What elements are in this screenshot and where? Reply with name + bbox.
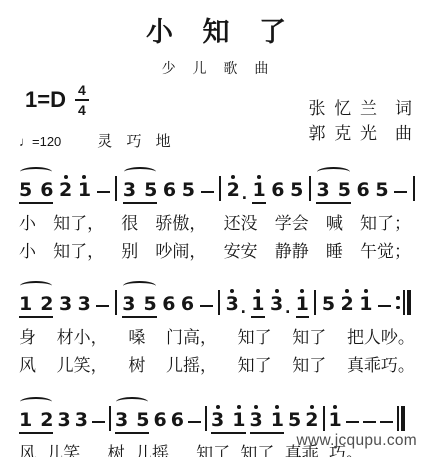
note-digits: 1 [252, 175, 265, 204]
note-group: 5 [322, 280, 335, 318]
note-group: 12 [19, 396, 53, 434]
lyric-segment: 门高， [166, 327, 217, 349]
note-digits: 31 [211, 405, 245, 434]
lyric-segment: 材小， [57, 327, 108, 349]
note-digits: 6 [181, 289, 194, 318]
note-group: 3 [78, 280, 91, 318]
note-digits: 3 [57, 405, 70, 434]
note-group: 3. [270, 280, 290, 318]
note-group: 1 [251, 280, 264, 318]
lyric-segment: 知了 [238, 327, 272, 349]
note-group: 35 [122, 280, 156, 318]
note-number: 3 [123, 181, 136, 200]
note-number: 1 [329, 411, 342, 430]
note-number: 2 [59, 181, 72, 200]
bar-line [115, 290, 117, 315]
note-number: 3 [270, 295, 283, 314]
lyric-segment: 喊 [326, 213, 343, 235]
lyric-segment: 知了， [53, 213, 104, 235]
note-number: 6 [163, 181, 176, 200]
dash-token [97, 191, 110, 205]
bar-line [397, 406, 399, 431]
note-number: 5 [288, 411, 301, 430]
note: 1 [78, 175, 91, 200]
note-digits: 6 [154, 405, 167, 434]
note: 3 [250, 405, 263, 430]
lyric-segment: 学会 [275, 213, 309, 235]
note-group: 2 [341, 280, 354, 318]
lyric-segment: 儿摇， [135, 443, 186, 457]
lyric-segment: 安安 [224, 241, 258, 263]
note-number: 3 [78, 295, 91, 314]
note: 5 [375, 175, 388, 200]
note-digits: 3 [78, 289, 91, 318]
note-group: 6 [163, 166, 176, 204]
note: 6 [181, 289, 194, 314]
note-group: 3. [226, 280, 246, 318]
lyric-segment: 知了 [292, 327, 326, 349]
note: 6 [163, 175, 176, 200]
note-number: 3 [226, 295, 239, 314]
note: 5 [136, 405, 149, 430]
note-number: 1 [251, 295, 264, 314]
dash-line [380, 421, 393, 424]
note-digits: 3 [59, 289, 72, 318]
note-number: 6 [171, 411, 184, 430]
lyric-segment: 知了 [196, 443, 230, 457]
note-group: 1 [252, 166, 265, 204]
note-digits: 3. [270, 289, 290, 318]
note: 5 [322, 289, 335, 314]
note-group: 35 [123, 166, 157, 204]
note-number: 1 [19, 295, 32, 314]
note-group: 3 [57, 396, 70, 434]
note-digits: 5 [375, 175, 388, 204]
dash-token [92, 421, 105, 435]
note-number: 1 [19, 411, 32, 430]
time-signature-top: 4 [75, 83, 89, 101]
lyric-segment: 午觉； [360, 241, 411, 263]
note-group: 5 [288, 396, 301, 434]
lyric-segment: 儿摇， [166, 355, 217, 377]
lyric-segment: 知了 [292, 355, 326, 377]
meta-row: 1=D 4 4 ♩=120 灵 巧 地 张 忆 兰词 郭 克 光曲 [19, 83, 414, 151]
note-digits: 1 [251, 289, 264, 318]
dash-line [97, 191, 110, 194]
note-group: 5 [375, 166, 388, 204]
note: 3 [122, 289, 135, 314]
note-group: 12 [19, 280, 53, 318]
lyric-segment: 别 [121, 241, 138, 263]
lyric-segment: 树 [128, 355, 145, 377]
note-group: 35 [316, 166, 350, 204]
lyricist-name: 张 忆 兰 [309, 99, 379, 118]
note-digits: 12 [19, 405, 53, 434]
note-group: 6 [162, 280, 175, 318]
note-group: 2 [59, 166, 72, 204]
note-group: 1 [78, 166, 91, 204]
note-number: 5 [136, 411, 149, 430]
note-number: 5 [375, 181, 388, 200]
note: 6 [171, 405, 184, 430]
note: 2 [305, 405, 318, 430]
note: 1 [329, 405, 342, 430]
note-number: 3 [316, 181, 329, 200]
jianpu-notes-row: 123335663131521 [19, 396, 405, 434]
note-group: 1 [296, 280, 309, 318]
bar-line-thick [407, 290, 411, 315]
note: 6 [162, 289, 175, 314]
note-digits: 56 [19, 175, 53, 204]
note: 3 [123, 175, 136, 200]
note-number: 2 [305, 411, 318, 430]
note-digits: 3 [75, 405, 88, 434]
note-number: 3 [57, 411, 70, 430]
note: 5 [290, 175, 303, 200]
note: 3 [78, 289, 91, 314]
lyricist-role: 词 [395, 99, 414, 118]
note-digits: 1 [329, 405, 342, 434]
bar-line [309, 176, 311, 201]
note-number: 3 [75, 411, 88, 430]
lyric-segment: 知了； [360, 213, 411, 235]
note-group: 6 [181, 280, 194, 318]
lyric-segment: 小 [19, 241, 36, 263]
note-digits: 1 [78, 175, 91, 204]
dash-token [201, 191, 214, 205]
note: 6 [40, 175, 53, 200]
note: 3 [115, 405, 128, 430]
note: 3 [57, 405, 70, 430]
barline-single [109, 406, 111, 434]
lyrics-row: 小知了，别吵闹，安安静静睡午觉； [19, 241, 411, 263]
lyric-segment: 真乖巧。 [347, 355, 415, 377]
augmentation-dot: . [285, 302, 290, 312]
time-signature-bottom: 4 [78, 101, 86, 117]
dash-line [188, 421, 201, 424]
barline-single [115, 290, 117, 318]
note-number: 2 [40, 411, 53, 430]
note: 2 [40, 405, 53, 430]
note: 5 [182, 175, 195, 200]
note-group: 3 [75, 396, 88, 434]
dash-line [394, 191, 407, 194]
dash-token [200, 305, 213, 319]
note-group: 3 [59, 280, 72, 318]
note: 5 [288, 405, 301, 430]
lyrics-row: 小知了，很骄傲，还没学会喊知了； [19, 213, 411, 235]
lyric-segment: 知了 [238, 355, 272, 377]
note-number: 1 [271, 411, 284, 430]
note-number: 5 [144, 181, 157, 200]
note: 1 [232, 405, 245, 430]
lyric-segment: 静静 [275, 241, 309, 263]
note-digits: 2 [59, 175, 72, 204]
lyric-segment: 知了 [240, 443, 274, 457]
note-number: 6 [162, 295, 175, 314]
note: 3 [211, 405, 224, 430]
lyric-segment: 把人吵。 [347, 327, 415, 349]
note-digits: 35 [122, 289, 156, 318]
note: 5 [144, 289, 157, 314]
augmentation-dot: . [242, 188, 247, 198]
note-digits: 2 [341, 289, 354, 318]
lyric-segment: 小 [19, 213, 36, 235]
bar-line [413, 176, 415, 201]
note-digits: 35 [316, 175, 350, 204]
note: 6 [271, 175, 284, 200]
time-signature: 4 4 [75, 83, 89, 117]
page-content: 小 知 了 少 儿 歌 曲 1=D 4 4 ♩=120 灵 巧 地 张 忆 [0, 10, 429, 457]
note-number: 5 [144, 295, 157, 314]
dash-line [378, 305, 391, 308]
note-number: 1 [252, 181, 265, 200]
note-number: 6 [357, 181, 370, 200]
barline-single [205, 406, 207, 434]
lyric-segment: 嗓 [128, 327, 145, 349]
music-system-1: 562135652.1653565 小知了，很骄傲，还没学会喊知了； 小知了，别… [19, 166, 414, 263]
note: 5 [144, 175, 157, 200]
lyrics-row: 风儿笑，树儿摇，知了知了真乖巧。 [19, 355, 415, 377]
note: 5 [19, 175, 32, 200]
music-system-2: 123335663.13.1521 身材小，嗓门高，知了知了把人吵。 风儿笑，树… [19, 280, 414, 377]
dash-token [394, 191, 407, 205]
note: 2. [227, 175, 240, 200]
note: 1 [251, 289, 264, 314]
lyric-segment: 睡 [326, 241, 343, 263]
lyric-segment: 树 [108, 443, 125, 457]
tempo-row: ♩=120 灵 巧 地 [19, 130, 176, 151]
note: 3. [226, 289, 239, 314]
note-digits: 35 [115, 405, 149, 434]
note-group: 2. [227, 166, 247, 204]
note: 6 [357, 175, 370, 200]
key-signature: 1=D 4 4 [25, 83, 176, 117]
tempo-bpm: ♩=120 [19, 134, 61, 149]
note-number: 3 [59, 295, 72, 314]
barline-single [218, 290, 220, 318]
note-number: 5 [322, 295, 335, 314]
note: 2 [341, 289, 354, 314]
bar-line [218, 290, 220, 315]
barline-single [309, 176, 311, 204]
jianpu-notes-row: 562135652.1653565 [19, 166, 415, 204]
note-digits: 31 [250, 405, 284, 434]
bar-line [109, 406, 111, 431]
lyric-segment: 风 [19, 443, 36, 457]
note-group: 56 [19, 166, 53, 204]
note: 3 [75, 405, 88, 430]
lyrics-row: 身材小，嗓门高，知了知了把人吵。 [19, 327, 415, 349]
note-number: 3 [115, 411, 128, 430]
barline-repeat-end [396, 290, 411, 318]
barline-single [219, 176, 221, 204]
note: 3. [270, 289, 283, 314]
bar-line [403, 290, 405, 315]
note-group: 6 [154, 396, 167, 434]
note-digits: 2. [227, 175, 247, 204]
key-label: 1=D [25, 87, 66, 113]
note-number: 3 [250, 411, 263, 430]
dash-line [346, 421, 359, 424]
note: 1 [19, 405, 32, 430]
note: 2 [40, 289, 53, 314]
note-number: 6 [271, 181, 284, 200]
note-digits: 1 [296, 289, 309, 318]
note-group: 1 [359, 280, 372, 318]
note: 5 [338, 175, 351, 200]
note-number: 2 [227, 181, 240, 200]
composer-credit: 郭 克 光曲 [309, 121, 414, 146]
dash-line [96, 305, 109, 308]
note-digits: 5 [182, 175, 195, 204]
tempo-expression: 灵 巧 地 [97, 130, 175, 151]
song-title: 小 知 了 [19, 10, 414, 49]
note-group: 2 [305, 396, 318, 434]
note-number: 3 [211, 411, 224, 430]
dash-line [92, 421, 105, 424]
note-number: 5 [290, 181, 303, 200]
lyric-segment: 骄傲， [155, 213, 206, 235]
lyric-segment: 还没 [224, 213, 258, 235]
dash-line [363, 421, 376, 424]
lyric-segment: 吵闹， [155, 241, 206, 263]
note-number: 1 [296, 295, 309, 314]
repeat-dot [396, 296, 400, 300]
note-group: 31 [211, 396, 245, 434]
repeat-dots [396, 296, 400, 309]
note: 2 [59, 175, 72, 200]
lyricist-credit: 张 忆 兰词 [309, 96, 414, 121]
note: 3 [316, 175, 329, 200]
composer-name: 郭 克 光 [309, 124, 379, 143]
note-digits: 6 [171, 405, 184, 434]
note-number: 2 [341, 295, 354, 314]
dash-token [188, 421, 201, 435]
lyric-segment: 儿笑， [46, 443, 97, 457]
bar-line [323, 406, 325, 431]
note-number: 1 [78, 181, 91, 200]
note: 1 [359, 289, 372, 314]
note-number: 6 [40, 181, 53, 200]
note-digits: 6 [357, 175, 370, 204]
sheet-music-page: 小 知 了 少 儿 歌 曲 1=D 4 4 ♩=120 灵 巧 地 张 忆 [0, 0, 429, 457]
note: 6 [154, 405, 167, 430]
note-group: 5 [290, 166, 303, 204]
meta-left: 1=D 4 4 ♩=120 灵 巧 地 [19, 83, 176, 151]
watermark-url: www.jcqupu.com [297, 432, 418, 450]
barline-final [397, 406, 405, 434]
dash-token [96, 305, 109, 319]
note-digits: 6 [271, 175, 284, 204]
dash-line [200, 305, 213, 308]
bar-line [314, 290, 316, 315]
note-group: 5 [182, 166, 195, 204]
note-number: 6 [181, 295, 194, 314]
note: 3 [59, 289, 72, 314]
note-number: 1 [359, 295, 372, 314]
barline-single [323, 406, 325, 434]
bar-line [115, 176, 117, 201]
note-digits: 12 [19, 289, 53, 318]
note-group: 35 [115, 396, 149, 434]
note: 1 [271, 405, 284, 430]
note-group: 31 [250, 396, 284, 434]
note-digits: 6 [163, 175, 176, 204]
lyric-segment: 知了， [53, 241, 104, 263]
note-number: 5 [19, 181, 32, 200]
bar-line [205, 406, 207, 431]
dash-token [378, 305, 391, 319]
note-digits: 5 [288, 405, 301, 434]
barline-single [115, 176, 117, 204]
note: 1 [19, 289, 32, 314]
bar-line [219, 176, 221, 201]
lyric-segment: 儿笑， [57, 355, 108, 377]
note-digits: 2 [305, 405, 318, 434]
note-digits: 5 [322, 289, 335, 318]
lyric-segment: 很 [121, 213, 138, 235]
note: 1 [252, 175, 265, 200]
jianpu-notes-row: 123335663.13.1521 [19, 280, 411, 318]
note-number: 3 [122, 295, 135, 314]
note-group: 6 [171, 396, 184, 434]
note-number: 1 [232, 411, 245, 430]
augmentation-dot: . [241, 302, 246, 312]
note-number: 5 [338, 181, 351, 200]
note-group: 6 [357, 166, 370, 204]
song-genre: 少 儿 歌 曲 [19, 58, 414, 78]
note-group: 1 [329, 396, 342, 434]
dash-line [201, 191, 214, 194]
note-digits: 35 [123, 175, 157, 204]
repeat-dot [396, 306, 400, 310]
barline-single [413, 176, 415, 204]
note: 1 [296, 289, 309, 314]
barline-single [314, 290, 316, 318]
lyric-segment: 风 [19, 355, 36, 377]
note-digits: 1 [359, 289, 372, 318]
note-digits: 6 [162, 289, 175, 318]
composer-role: 曲 [395, 124, 414, 143]
lyric-segment: 身 [19, 327, 36, 349]
note-number: 5 [182, 181, 195, 200]
note-number: 6 [154, 411, 167, 430]
bar-line-thick [401, 406, 405, 431]
note-digits: 3. [226, 289, 246, 318]
note-digits: 5 [290, 175, 303, 204]
note-number: 2 [40, 295, 53, 314]
note-group: 6 [271, 166, 284, 204]
credits: 张 忆 兰词 郭 克 光曲 [309, 96, 414, 151]
